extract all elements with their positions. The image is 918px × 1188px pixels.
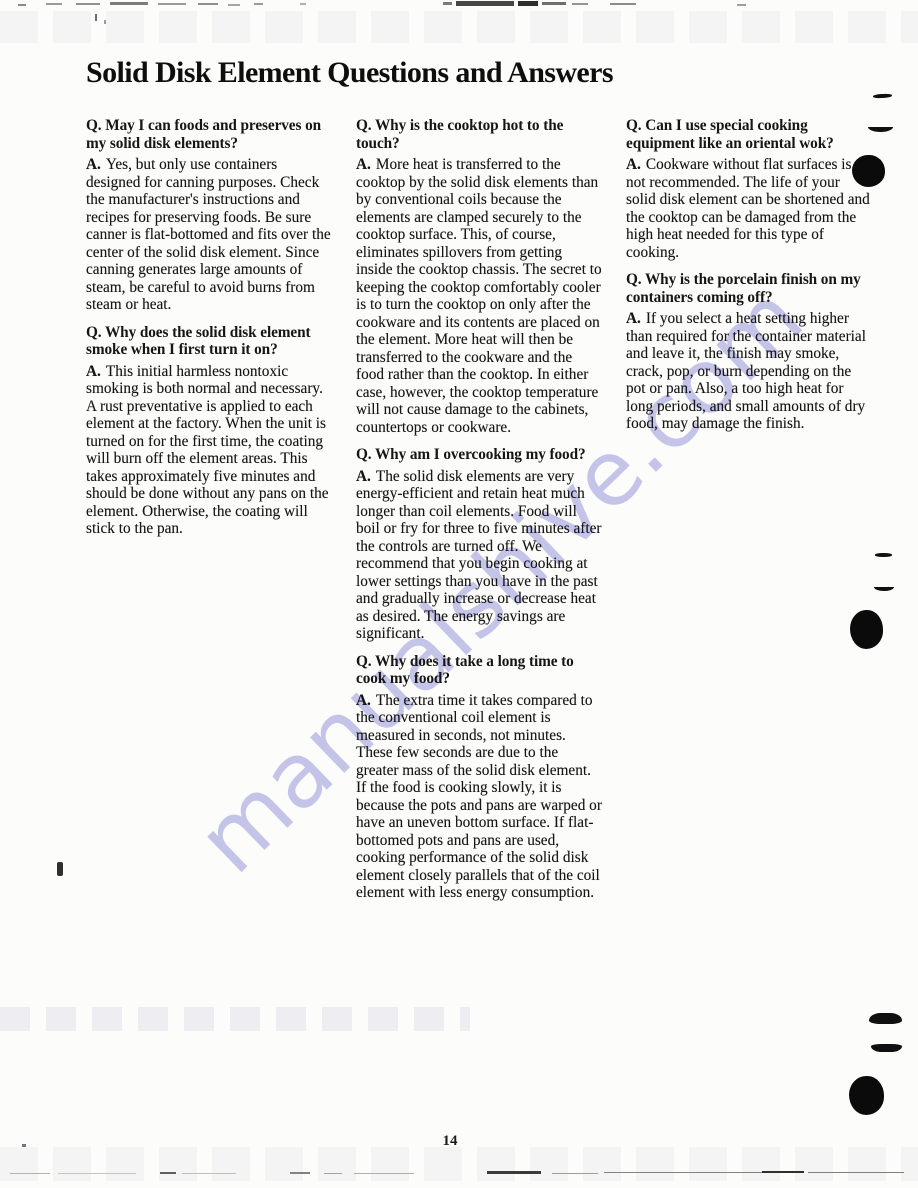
- scan-artifact-band-middle: [0, 1007, 470, 1031]
- question-heading: Q. Can I use special cooking equipment l…: [626, 117, 872, 152]
- answer-paragraph: A.If you select a heat setting higher th…: [626, 310, 872, 433]
- answer-paragraph: A.Cookware without flat surfaces is not …: [626, 156, 872, 261]
- answer-text: Cookware without flat surfaces is not re…: [626, 156, 870, 261]
- answer-prefix: A.: [626, 156, 641, 173]
- scan-speck: [46, 3, 62, 5]
- scan-speck: [57, 862, 63, 876]
- scan-speck: [300, 3, 306, 5]
- scan-artifact-band-top: [0, 11, 918, 43]
- answer-paragraph: A.The extra time it takes compared to th…: [356, 692, 602, 902]
- answer-prefix: A.: [86, 363, 101, 380]
- page-title: Solid Disk Element Questions and Answers: [86, 56, 613, 90]
- scan-dash: [869, 1013, 902, 1024]
- qa-block: Q. Why am I overcooking my food? A.The s…: [356, 446, 602, 643]
- scan-speck: [198, 3, 218, 5]
- scan-dash: [873, 94, 892, 99]
- answer-paragraph: A.The solid disk elements are very energ…: [356, 468, 602, 643]
- page-number: 14: [425, 1133, 475, 1150]
- answer-prefix: A.: [626, 310, 641, 327]
- question-heading: Q. Why am I overcooking my food?: [356, 446, 602, 464]
- scan-speck: [737, 4, 746, 6]
- qa-block: Q. Why is the cooktop hot to the touch? …: [356, 117, 602, 436]
- scan-speck: [95, 14, 97, 21]
- answer-prefix: A.: [356, 468, 371, 485]
- scan-line-segment: [290, 1172, 310, 1174]
- answer-text: The solid disk elements are very energy-…: [356, 468, 602, 643]
- scan-speck: [228, 4, 240, 6]
- text-column-1: Q. May I can foods and preserves on my s…: [86, 117, 332, 538]
- scan-speck: [572, 3, 588, 5]
- scan-speck: [76, 3, 100, 5]
- scan-line-segment: [354, 1173, 414, 1174]
- scan-dash: [875, 553, 892, 557]
- question-heading: Q. Why does the solid disk element smoke…: [86, 324, 332, 359]
- question-heading: Q. Why is the porcelain finish on my con…: [626, 271, 872, 306]
- scan-speck: [110, 2, 148, 5]
- answer-paragraph: A.Yes, but only use containers designed …: [86, 156, 332, 314]
- scan-speck: [518, 1, 538, 6]
- answer-prefix: A.: [356, 156, 371, 173]
- question-heading: Q. May I can foods and preserves on my s…: [86, 117, 332, 152]
- scan-speck: [443, 2, 452, 5]
- hole-punch-dot: [849, 1076, 884, 1115]
- scan-speck: [22, 1144, 26, 1147]
- scanned-manual-page: manualshive.com Solid Disk Element Quest…: [0, 0, 918, 1188]
- answer-text: The extra time it takes compared to the …: [356, 692, 602, 902]
- scan-line-segment: [808, 1172, 904, 1173]
- scan-speck: [610, 3, 636, 5]
- scan-artifact-band-bottom: [0, 1147, 918, 1181]
- qa-block: Q. Why does the solid disk element smoke…: [86, 324, 332, 538]
- qa-block: Q. Why is the porcelain finish on my con…: [626, 271, 872, 433]
- answer-prefix: A.: [356, 692, 371, 709]
- scan-speck: [158, 3, 186, 5]
- text-column-3: Q. Can I use special cooking equipment l…: [626, 117, 872, 433]
- scan-line-segment: [160, 1172, 176, 1174]
- scan-speck: [542, 2, 566, 5]
- scan-dash: [871, 1044, 902, 1052]
- hole-punch-dot: [850, 610, 883, 649]
- hole-punch-dot: [852, 155, 885, 187]
- scan-line-segment: [604, 1172, 762, 1173]
- answer-prefix: A.: [86, 156, 101, 173]
- scan-line-segment: [762, 1171, 804, 1173]
- answer-text: More heat is transferred to the cooktop …: [356, 156, 602, 436]
- scan-line-segment: [324, 1173, 342, 1174]
- question-heading: Q. Why is the cooktop hot to the touch?: [356, 117, 602, 152]
- scan-speck: [456, 1, 514, 6]
- question-heading: Q. Why does it take a long time to cook …: [356, 653, 602, 688]
- text-column-2: Q. Why is the cooktop hot to the touch? …: [356, 117, 602, 902]
- scan-dash: [874, 587, 894, 591]
- answer-text: This initial harmless nontoxic smoking i…: [86, 363, 329, 538]
- scan-line-segment: [487, 1171, 541, 1174]
- scan-speck: [18, 4, 26, 6]
- scan-line-segment: [552, 1173, 598, 1174]
- answer-paragraph: A.This initial harmless nontoxic smoking…: [86, 363, 332, 538]
- qa-block: Q. Can I use special cooking equipment l…: [626, 117, 872, 261]
- answer-paragraph: A.More heat is transferred to the cookto…: [356, 156, 602, 436]
- scan-line-segment: [10, 1173, 50, 1174]
- answer-text: Yes, but only use containers designed fo…: [86, 156, 331, 313]
- qa-block: Q. Why does it take a long time to cook …: [356, 653, 602, 902]
- scan-line-segment: [58, 1173, 136, 1174]
- answer-text: If you select a heat setting higher than…: [626, 310, 866, 432]
- scan-speck: [104, 20, 106, 24]
- scan-speck: [254, 3, 263, 5]
- qa-block: Q. May I can foods and preserves on my s…: [86, 117, 332, 314]
- scan-line-segment: [182, 1173, 236, 1174]
